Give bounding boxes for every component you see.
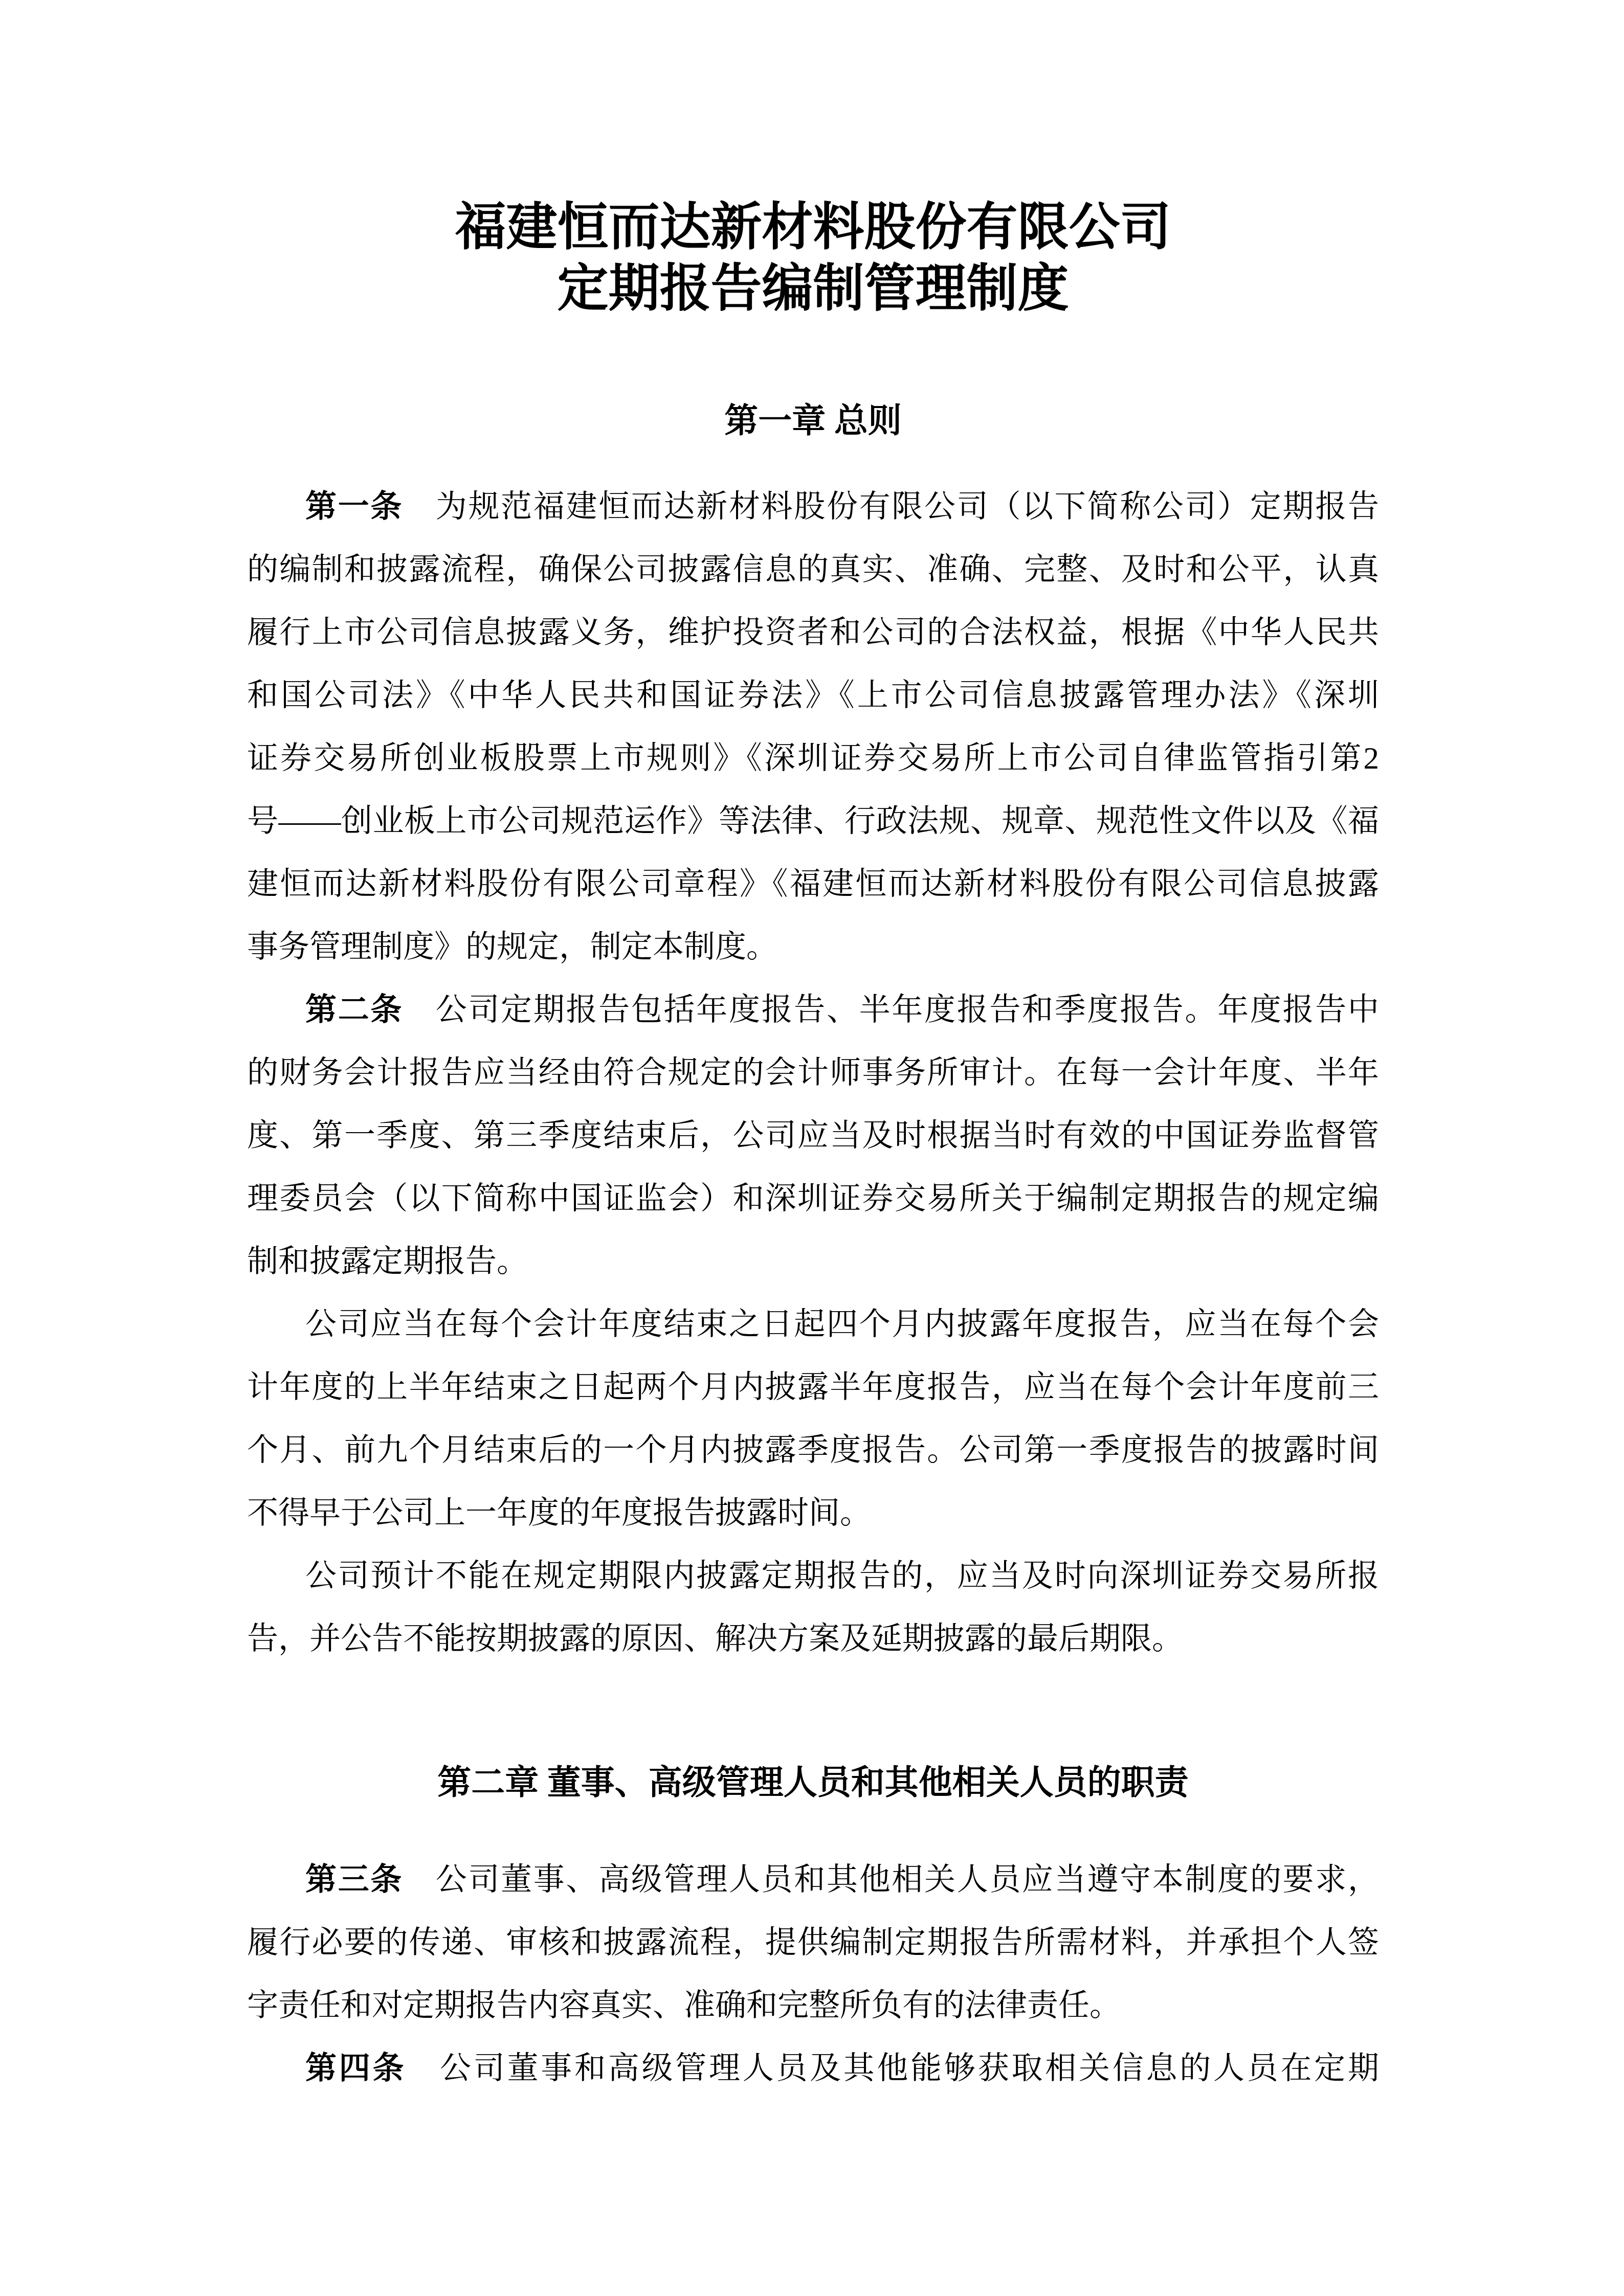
- document-page: 福建恒而达新材料股份有限公司定期报告编制管理制度 第一章 总则第一条 为规范福建…: [0, 0, 1624, 2296]
- article-text: 为规范福建恒而达新材料股份有限公司（以下简称公司）定期报告: [403, 490, 1379, 524]
- paragraph: 公司应当在每个会计年度结束之日起四个月内披露年度报告，应当在每个会计年度的上半年…: [247, 1293, 1379, 1545]
- para-line: 不得早于公司上一年度的年度报告披露时间。: [247, 1482, 1379, 1545]
- para-line: 履行必要的传递、审核和披露流程，提供编制定期报告所需材料，并承担个人签: [247, 1911, 1379, 1974]
- para-line: 第三条 公司董事、高级管理人员和其他相关人员应当遵守本制度的要求，: [247, 1849, 1379, 1911]
- para-line: 事务管理制度》的规定，制定本制度。: [247, 916, 1379, 979]
- para-line: 的编制和披露流程，确保公司披露信息的真实、准确、完整、及时和公平，认真: [247, 538, 1379, 601]
- paragraph: 第三条 公司董事、高级管理人员和其他相关人员应当遵守本制度的要求，履行必要的传递…: [247, 1849, 1379, 2037]
- article-text: 公司董事、高级管理人员和其他相关人员应当遵守本制度的要求，: [403, 1863, 1379, 1897]
- para-line: 第四条 公司董事和高级管理人员及其他能够获取相关信息的人员在定期: [247, 2037, 1379, 2100]
- title-line: 福建恒而达新材料股份有限公司: [247, 197, 1379, 258]
- chapter-heading: 第一章 总则: [247, 390, 1379, 453]
- article-label: 第一条: [305, 490, 403, 524]
- para-line: 号——创业板上市公司规范运作》等法律、行政法规、规章、规范性文件以及《福: [247, 790, 1379, 853]
- paragraph: 第一条 为规范福建恒而达新材料股份有限公司（以下简称公司）定期报告的编制和披露流…: [247, 476, 1379, 979]
- para-line: 第二条 公司定期报告包括年度报告、半年度报告和季度报告。年度报告中: [247, 979, 1379, 1042]
- para-line: 理委员会（以下简称中国证监会）和深圳证券交易所关于编制定期报告的规定编: [247, 1167, 1379, 1230]
- document-content: 福建恒而达新材料股份有限公司定期报告编制管理制度 第一章 总则第一条 为规范福建…: [0, 0, 1624, 2100]
- para-line: 计年度的上半年结束之日起两个月内披露半年度报告，应当在每个会计年度前三: [247, 1356, 1379, 1419]
- para-line: 的财务会计报告应当经由符合规定的会计师事务所审计。在每一会计年度、半年: [247, 1042, 1379, 1105]
- para-line: 公司应当在每个会计年度结束之日起四个月内披露年度报告，应当在每个会: [247, 1293, 1379, 1356]
- para-line: 和国公司法》《中华人民共和国证券法》《上市公司信息披露管理办法》《深圳: [247, 664, 1379, 727]
- para-line: 建恒而达新材料股份有限公司章程》《福建恒而达新材料股份有限公司信息披露: [247, 853, 1379, 916]
- para-line: 证券交易所创业板股票上市规则》《深圳证券交易所上市公司自律监管指引第2: [247, 727, 1379, 790]
- paragraph: 公司预计不能在规定期限内披露定期报告的，应当及时向深圳证券交易所报告，并公告不能…: [247, 1545, 1379, 1671]
- para-line: 个月、前九个月结束后的一个月内披露季度报告。公司第一季度报告的披露时间: [247, 1419, 1379, 1482]
- para-line: 制和披露定期报告。: [247, 1230, 1379, 1293]
- para-line: 告，并公告不能按期披露的原因、解决方案及延期披露的最后期限。: [247, 1608, 1379, 1671]
- article-label: 第三条: [305, 1863, 403, 1897]
- article-text: 公司定期报告包括年度报告、半年度报告和季度报告。年度报告中: [403, 993, 1379, 1027]
- chapter-heading: 第二章 董事、高级管理人员和其他相关人员的职责: [247, 1751, 1379, 1814]
- paragraph: 第四条 公司董事和高级管理人员及其他能够获取相关信息的人员在定期: [247, 2037, 1379, 2100]
- para-line: 度、第一季度、第三季度结束后，公司应当及时根据当时有效的中国证券监督管: [247, 1105, 1379, 1167]
- para-line: 字责任和对定期报告内容真实、准确和完整所负有的法律责任。: [247, 1974, 1379, 2037]
- para-line: 第一条 为规范福建恒而达新材料股份有限公司（以下简称公司）定期报告: [247, 476, 1379, 538]
- article-label: 第二条: [305, 993, 403, 1027]
- title-line: 定期报告编制管理制度: [247, 258, 1379, 320]
- para-line: 履行上市公司信息披露义务，维护投资者和公司的合法权益，根据《中华人民共: [247, 601, 1379, 664]
- article-text: 公司董事和高级管理人员及其他能够获取相关信息的人员在定期: [406, 2052, 1379, 2086]
- article-label: 第四条: [305, 2052, 406, 2086]
- para-line: 公司预计不能在规定期限内披露定期报告的，应当及时向深圳证券交易所报: [247, 1545, 1379, 1608]
- paragraph: 第二条 公司定期报告包括年度报告、半年度报告和季度报告。年度报告中的财务会计报告…: [247, 979, 1379, 1293]
- document-body: 第一章 总则第一条 为规范福建恒而达新材料股份有限公司（以下简称公司）定期报告的…: [247, 390, 1379, 2100]
- document-title: 福建恒而达新材料股份有限公司定期报告编制管理制度: [247, 197, 1379, 320]
